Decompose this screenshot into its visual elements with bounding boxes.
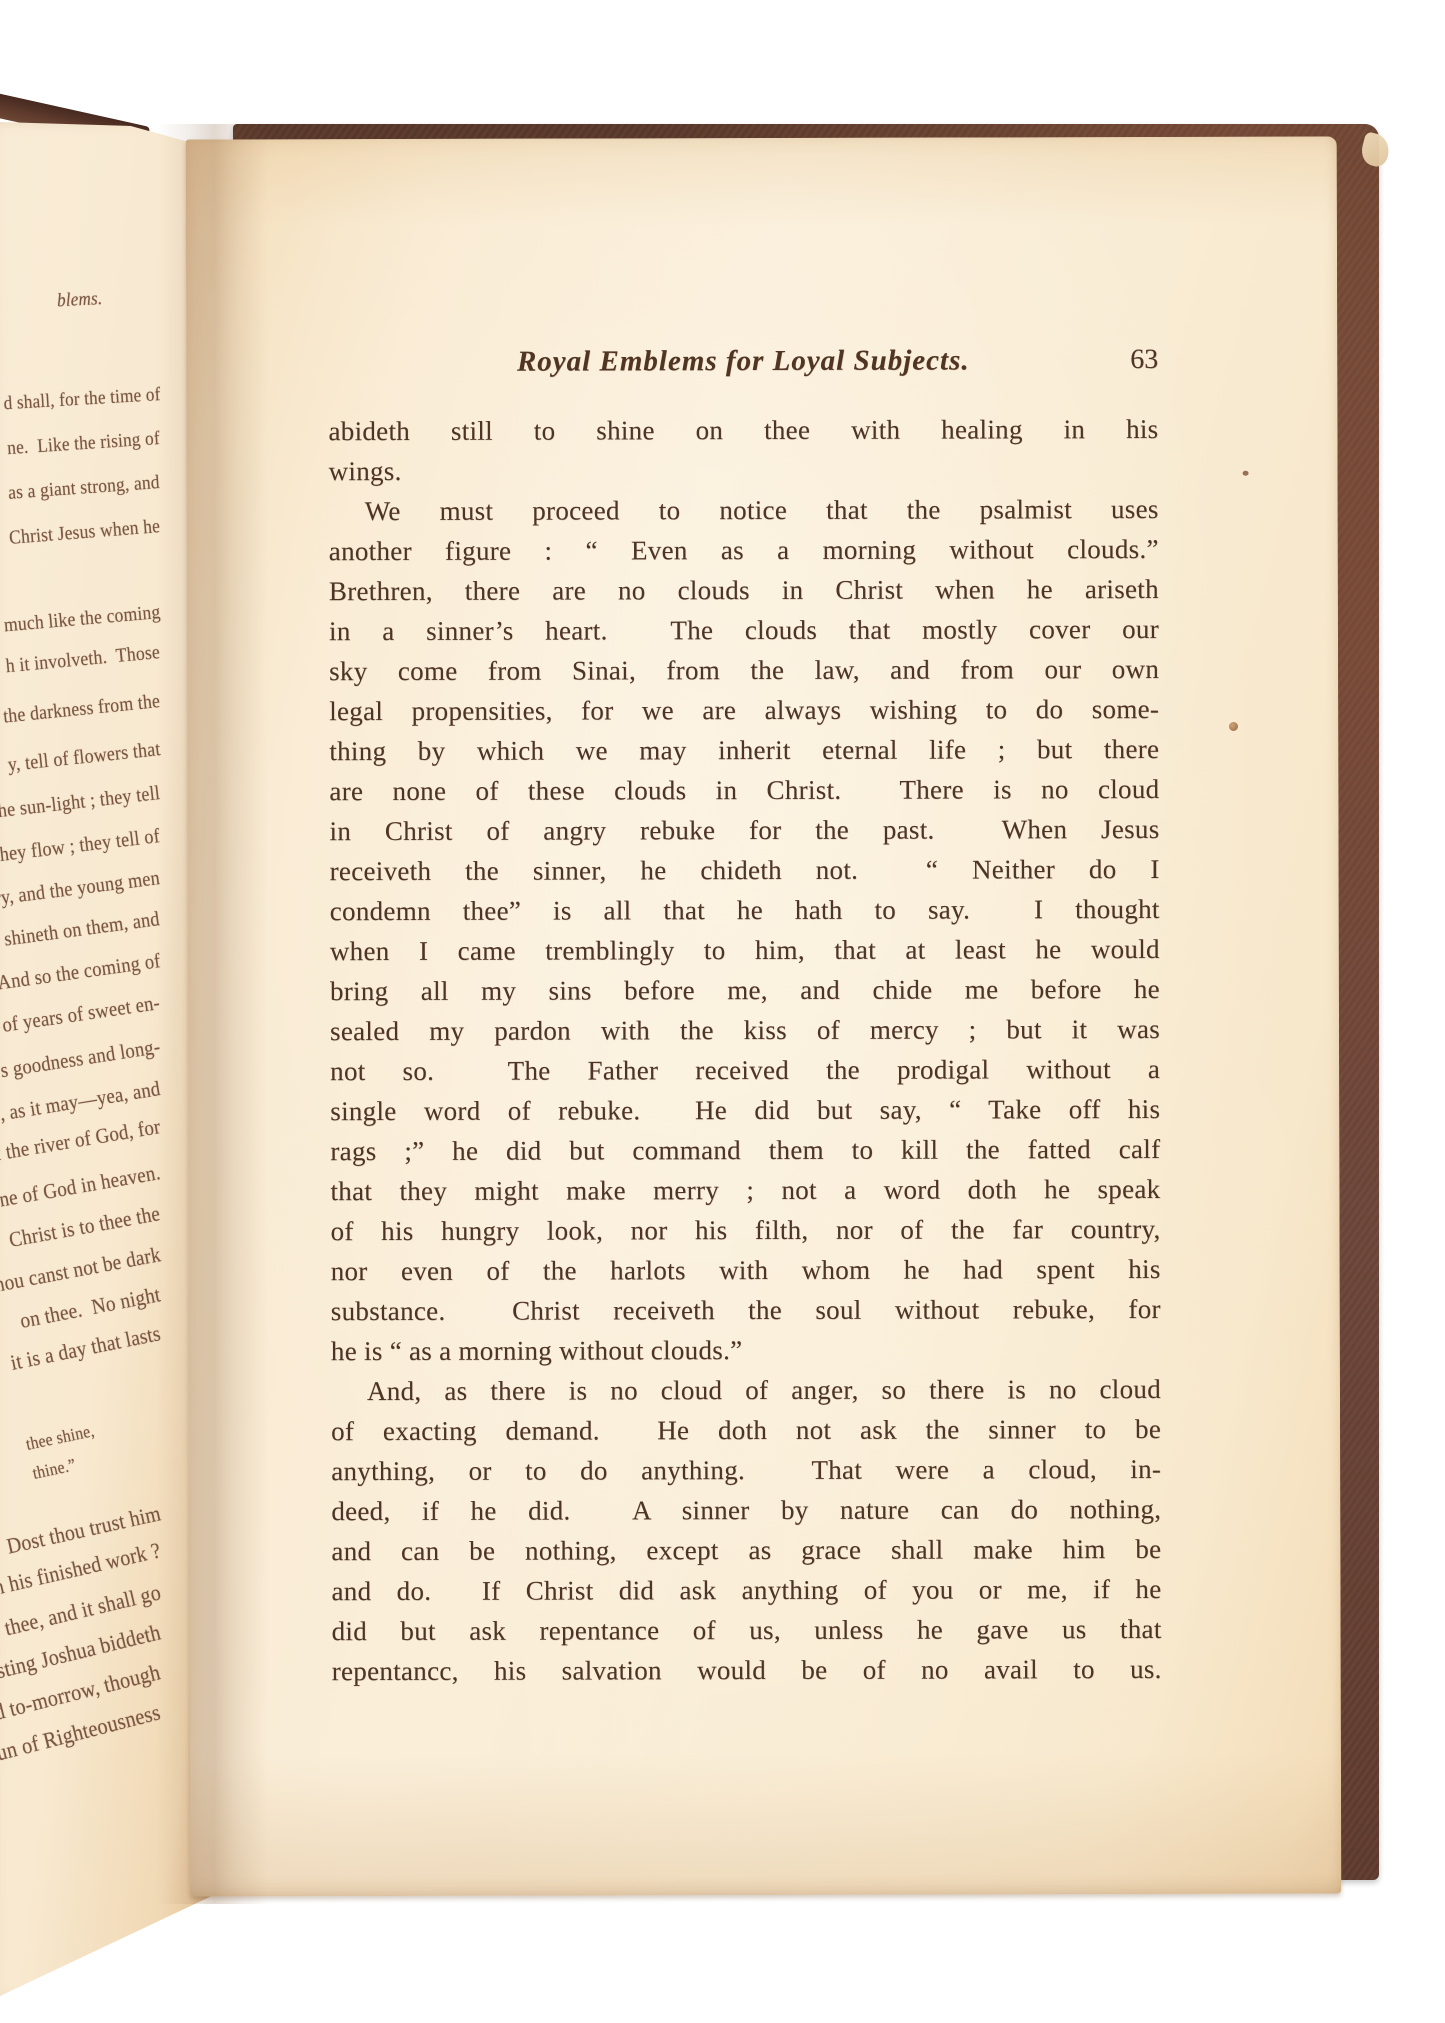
text-line: anything, or to do anything. That were a…: [331, 1449, 1161, 1491]
left-page-fragment-line: thine.”: [31, 1454, 78, 1484]
left-page-fragment-line: y much like the coming: [0, 602, 161, 638]
paper-speck: [1243, 471, 1249, 476]
text-line: receiveth the sinner, he chideth not. “ …: [330, 849, 1160, 891]
text-line: repentancc, his salvation would be of no…: [332, 1649, 1162, 1691]
text-line: not so. The Father received the prodigal…: [330, 1049, 1160, 1091]
text-line: did but ask repentance of us, unless he …: [332, 1609, 1162, 1651]
left-page-fragment-line: h it involveth. Those: [5, 641, 161, 678]
left-page-fragment-line: the darkness from the: [2, 690, 161, 729]
text-line: he is “ as a morning without clouds.”: [331, 1329, 1161, 1371]
left-page-fragment-line: as a giant strong, and: [8, 472, 161, 505]
left-page-fragment-line: d shall, for the time of: [3, 384, 161, 415]
text-line: in Christ of angry rebuke for the past. …: [329, 809, 1159, 851]
text-line: And, as there is no cloud of anger, so t…: [331, 1369, 1161, 1411]
text-line: wings.: [329, 449, 1159, 491]
paper-speck: [1229, 722, 1238, 731]
left-page-fragment-line: cy of years of sweet en-: [0, 992, 162, 1041]
book-photo: blems.d shall, for the time ofne. Like t…: [0, 0, 1445, 2023]
left-page-fragment-line: they flow ; they tell of: [0, 825, 161, 868]
left-page-fragment-line: And so the coming of: [0, 950, 162, 995]
text-line: when I came tremblingly to him, that at …: [330, 929, 1160, 971]
text-line: substance. Christ receiveth the soul wit…: [331, 1289, 1161, 1331]
running-header: Royal Emblems for Loyal Subjects. 63: [328, 339, 1158, 383]
left-page-fragment-line: blems.: [56, 288, 102, 312]
left-page-fragment-line: the sun-light ; they tell: [0, 782, 161, 824]
text-line: abideth still to shine on thee with heal…: [328, 409, 1158, 451]
text-line: and do. If Christ did ask anything of yo…: [331, 1569, 1161, 1611]
text-line: another figure : “ Even as a morning wit…: [329, 529, 1159, 571]
left-page-fragment-line: Christ Jesus when he: [8, 516, 161, 550]
text-line: sky come from Sinai, from the law, and f…: [329, 649, 1159, 691]
left-page-fragment-line: ’s goodness and long-: [0, 1035, 162, 1084]
left-page: blems.d shall, for the time ofne. Like t…: [0, 112, 218, 2002]
left-page-text: blems.d shall, for the time ofne. Like t…: [0, 112, 218, 2002]
text-line: are none of these clouds in Christ. Ther…: [329, 769, 1159, 811]
text-line: bring all my sins before me, and chide m…: [330, 969, 1160, 1011]
text-line: We must proceed to notice that the psalm…: [329, 489, 1159, 531]
left-page-fragment-line: ry, and the young men: [0, 867, 161, 911]
text-line: nor even of the harlots with whom he had…: [331, 1249, 1161, 1291]
left-page-fragment-line: thee shine,: [24, 1420, 96, 1455]
text-line: legal propensities, for we are always wi…: [329, 689, 1159, 731]
text-line: rags ;” he did but command them to kill …: [330, 1129, 1160, 1171]
text-line: of exacting demand. He doth not ask the …: [331, 1409, 1161, 1451]
text-line: in a sinner’s heart. The clouds that mos…: [329, 609, 1159, 651]
text-line: thing by which we may inherit eternal li…: [329, 729, 1159, 771]
left-page-fragment-line: n shineth on them, and: [0, 908, 162, 953]
text-line: condemn thee” is all that he hath to say…: [330, 889, 1160, 931]
text-line: of his hungry look, nor his filth, nor o…: [331, 1209, 1161, 1251]
text-line: deed, if he did. A sinner by nature can …: [331, 1489, 1161, 1531]
text-line: single word of rebuke. He did but say, “…: [330, 1089, 1160, 1131]
text-line: sealed my pardon with the kiss of mercy …: [330, 1009, 1160, 1051]
left-page-fragment-line: y, tell of flowers that: [6, 738, 161, 777]
left-page-fragment-line: ne. Like the rising of: [7, 428, 161, 460]
text-line: that they might make merry ; not a word …: [330, 1169, 1160, 1211]
page-title: Royal Emblems for Loyal Subjects.: [328, 339, 1158, 383]
text-line: Brethren, there are no clouds in Christ …: [329, 569, 1159, 611]
text-line: and can be nothing, except as grace shal…: [331, 1529, 1161, 1571]
main-page: Royal Emblems for Loyal Subjects. 63 abi…: [186, 136, 1342, 1896]
body-text: abideth still to shine on thee with heal…: [328, 409, 1161, 1691]
page-number: 63: [1130, 339, 1158, 381]
